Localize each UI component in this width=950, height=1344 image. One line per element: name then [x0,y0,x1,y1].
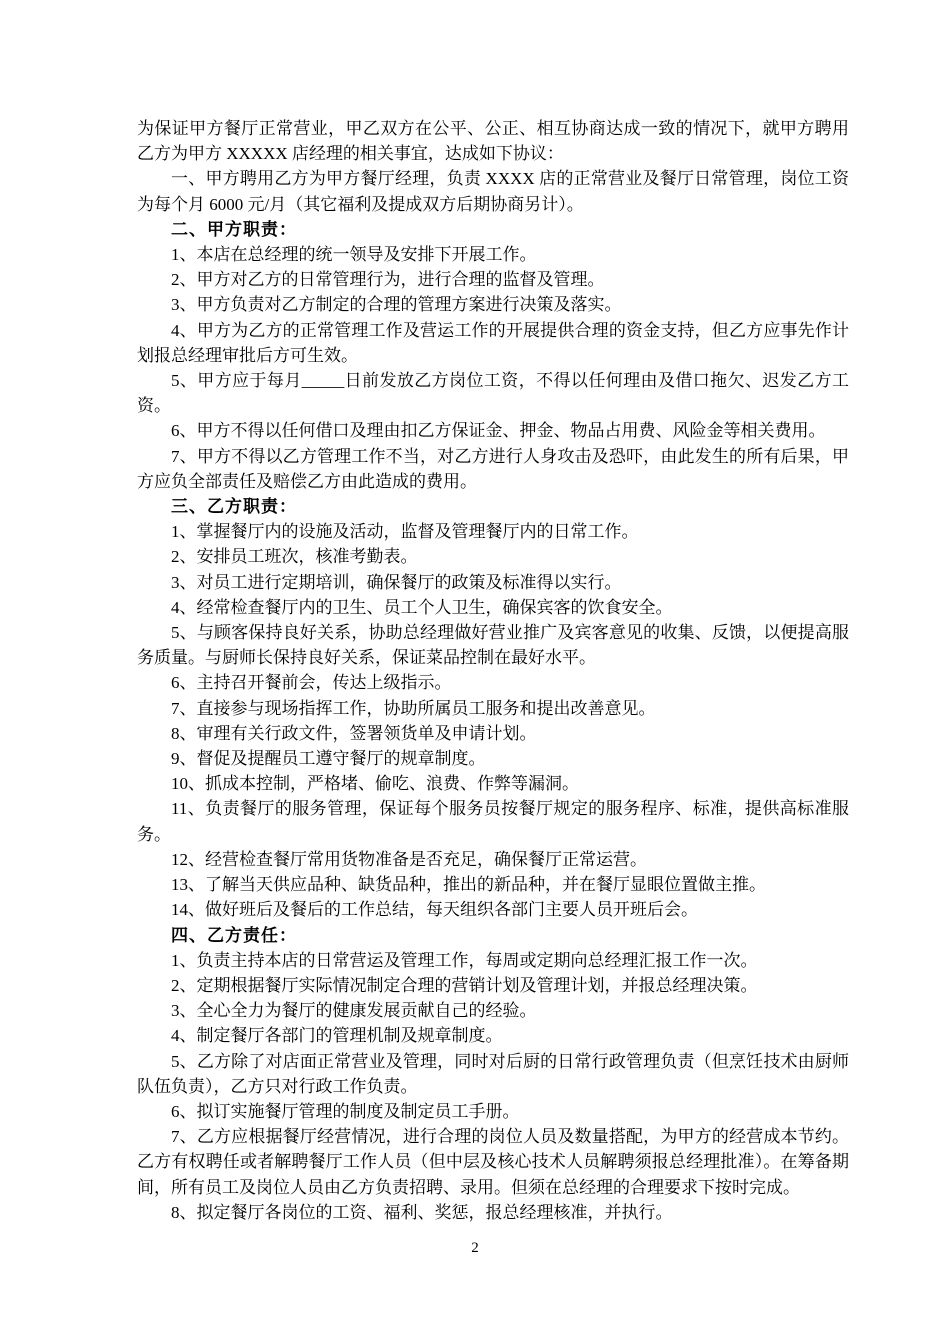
paragraph: 1、掌握餐厅内的设施及活动，监督及管理餐厅内的日常工作。 [137,519,849,544]
paragraph: 4、制定餐厅各部门的管理机制及规章制度。 [137,1023,849,1048]
section-heading: 四、乙方责任： [137,923,849,948]
document-content: 为保证甲方餐厅正常营业，甲乙双方在公平、公正、相互协商达成一致的情况下，就甲方聘… [137,116,849,1225]
document-page: 为保证甲方餐厅正常营业，甲乙双方在公平、公正、相互协商达成一致的情况下，就甲方聘… [0,0,950,1344]
paragraph: 3、对员工进行定期培训，确保餐厅的政策及标准得以实行。 [137,570,849,595]
paragraph: 8、拟定餐厅各岗位的工资、福利、奖惩，报总经理核准，并执行。 [137,1200,849,1225]
paragraph: 9、督促及提醒员工遵守餐厅的规章制度。 [137,746,849,771]
paragraph: 5、乙方除了对店面正常营业及管理，同时对后厨的日常行政管理负责（但烹饪技术由厨师… [137,1049,849,1099]
paragraph: 10、抓成本控制，严格堵、偷吃、浪费、作弊等漏洞。 [137,771,849,796]
paragraph: 5、与顾客保持良好关系，协助总经理做好营业推广及宾客意见的收集、反馈，以便提高服… [137,620,849,670]
paragraph: 3、全心全力为餐厅的健康发展贡献自己的经验。 [137,998,849,1023]
paragraph: 4、经常检查餐厅内的卫生、员工个人卫生，确保宾客的饮食安全。 [137,595,849,620]
paragraph: 5、甲方应于每月_____日前发放乙方岗位工资，不得以任何理由及借口拖欠、迟发乙… [137,368,849,418]
paragraph: 12、经营检查餐厅常用货物准备是否充足，确保餐厅正常运营。 [137,847,849,872]
section-heading: 三、乙方职责： [137,494,849,519]
paragraph: 2、定期根据餐厅实际情况制定合理的营销计划及管理计划，并报总经理决策。 [137,973,849,998]
paragraph: 8、审理有关行政文件，签署领货单及申请计划。 [137,721,849,746]
paragraph: 13、了解当天供应品种、缺货品种，推出的新品种，并在餐厅显眼位置做主推。 [137,872,849,897]
paragraph: 3、甲方负责对乙方制定的合理的管理方案进行决策及落实。 [137,292,849,317]
paragraph: 7、直接参与现场指挥工作，协助所属员工服务和提出改善意见。 [137,696,849,721]
paragraph: 1、本店在总经理的统一领导及安排下开展工作。 [137,242,849,267]
paragraph: 2、安排员工班次，核准考勤表。 [137,544,849,569]
paragraph: 2、甲方对乙方的日常管理行为，进行合理的监督及管理。 [137,267,849,292]
paragraph: 7、乙方应根据餐厅经营情况，进行合理的岗位人员及数量搭配，为甲方的经营成本节约。… [137,1124,849,1200]
paragraph: 6、主持召开餐前会，传达上级指示。 [137,670,849,695]
paragraph: 6、拟订实施餐厅管理的制度及制定员工手册。 [137,1099,849,1124]
paragraph: 6、甲方不得以任何借口及理由扣乙方保证金、押金、物品占用费、风险金等相关费用。 [137,418,849,443]
paragraph: 14、做好班后及餐后的工作总结，每天组织各部门主要人员开班后会。 [137,897,849,922]
page-number: 2 [0,1240,950,1257]
paragraph: 一、甲方聘用乙方为甲方餐厅经理，负责 XXXX 店的正常营业及餐厅日常管理，岗位… [137,166,849,216]
paragraph: 为保证甲方餐厅正常营业，甲乙双方在公平、公正、相互协商达成一致的情况下，就甲方聘… [137,116,849,166]
section-heading: 二、甲方职责： [137,217,849,242]
paragraph: 7、甲方不得以乙方管理工作不当，对乙方进行人身攻击及恐吓，由此发生的所有后果，甲… [137,444,849,494]
paragraph: 1、负责主持本店的日常营运及管理工作，每周或定期向总经理汇报工作一次。 [137,948,849,973]
paragraph: 11、负责餐厅的服务管理，保证每个服务员按餐厅规定的服务程序、标准，提供高标准服… [137,796,849,846]
paragraph: 4、甲方为乙方的正常管理工作及营运工作的开展提供合理的资金支持，但乙方应事先作计… [137,318,849,368]
